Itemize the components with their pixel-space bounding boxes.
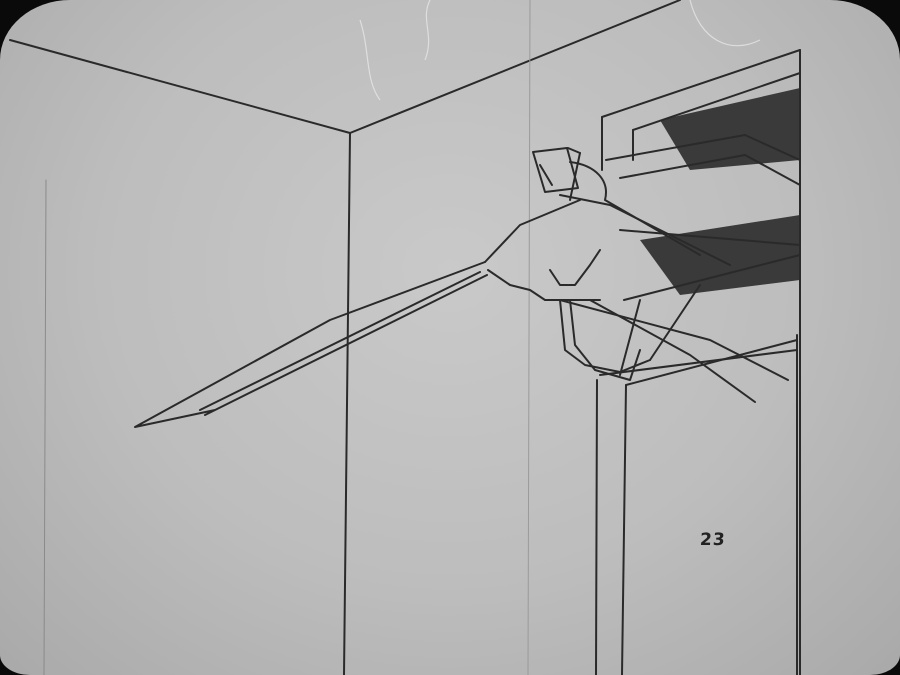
drawing — [0, 0, 900, 675]
animation-frame: 23 — [0, 0, 900, 675]
window-frame — [596, 50, 800, 675]
top-hat — [533, 148, 580, 200]
proboscis — [135, 262, 487, 427]
paper-background: 23 — [0, 0, 900, 675]
legs — [560, 285, 788, 402]
film-scratches — [360, 0, 760, 100]
frame-number: 23 — [699, 530, 726, 550]
